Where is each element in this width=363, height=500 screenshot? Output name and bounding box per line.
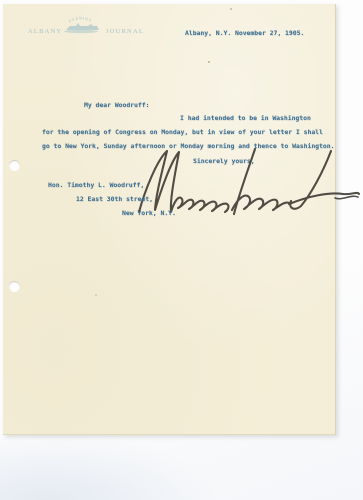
recipient-street: 12 East 30th street, [76, 195, 153, 203]
paper-speck [230, 8, 232, 10]
body-line-1: I had intended to be in Washington [180, 114, 311, 122]
dateline: Albany, N.Y. November 27, 1905. [185, 29, 304, 37]
recipient-name: Hon. Timothy L. Woodruff, [48, 181, 144, 189]
letter-paper: ALBANY EVENING JOURNAL Albany, N.Y. Nove… [3, 4, 336, 435]
paper-speck [208, 61, 210, 63]
scanned-letter-page: ALBANY EVENING JOURNAL Albany, N.Y. Nove… [0, 0, 363, 500]
recipient-city: New York, N.Y. [122, 209, 176, 217]
letterhead-vignette-icon: EVENING [58, 12, 104, 36]
letterhead-journal-text: JOURNAL [106, 28, 144, 35]
paper-speck [95, 294, 97, 296]
closing-line: Sincerely yours, [193, 157, 255, 165]
vignette-building-icon [66, 23, 99, 30]
body-line-3: go to New York, Sunday afternoon or Mond… [42, 142, 334, 150]
salutation: My dear Woodruff: [84, 101, 149, 109]
punch-hole-bottom [9, 281, 20, 292]
letterhead-evening-text: EVENING [68, 15, 94, 23]
punch-hole-top [9, 160, 20, 171]
body-line-2: for the opening of Congress on Monday, b… [42, 128, 323, 136]
svg-text:EVENING: EVENING [68, 15, 94, 23]
